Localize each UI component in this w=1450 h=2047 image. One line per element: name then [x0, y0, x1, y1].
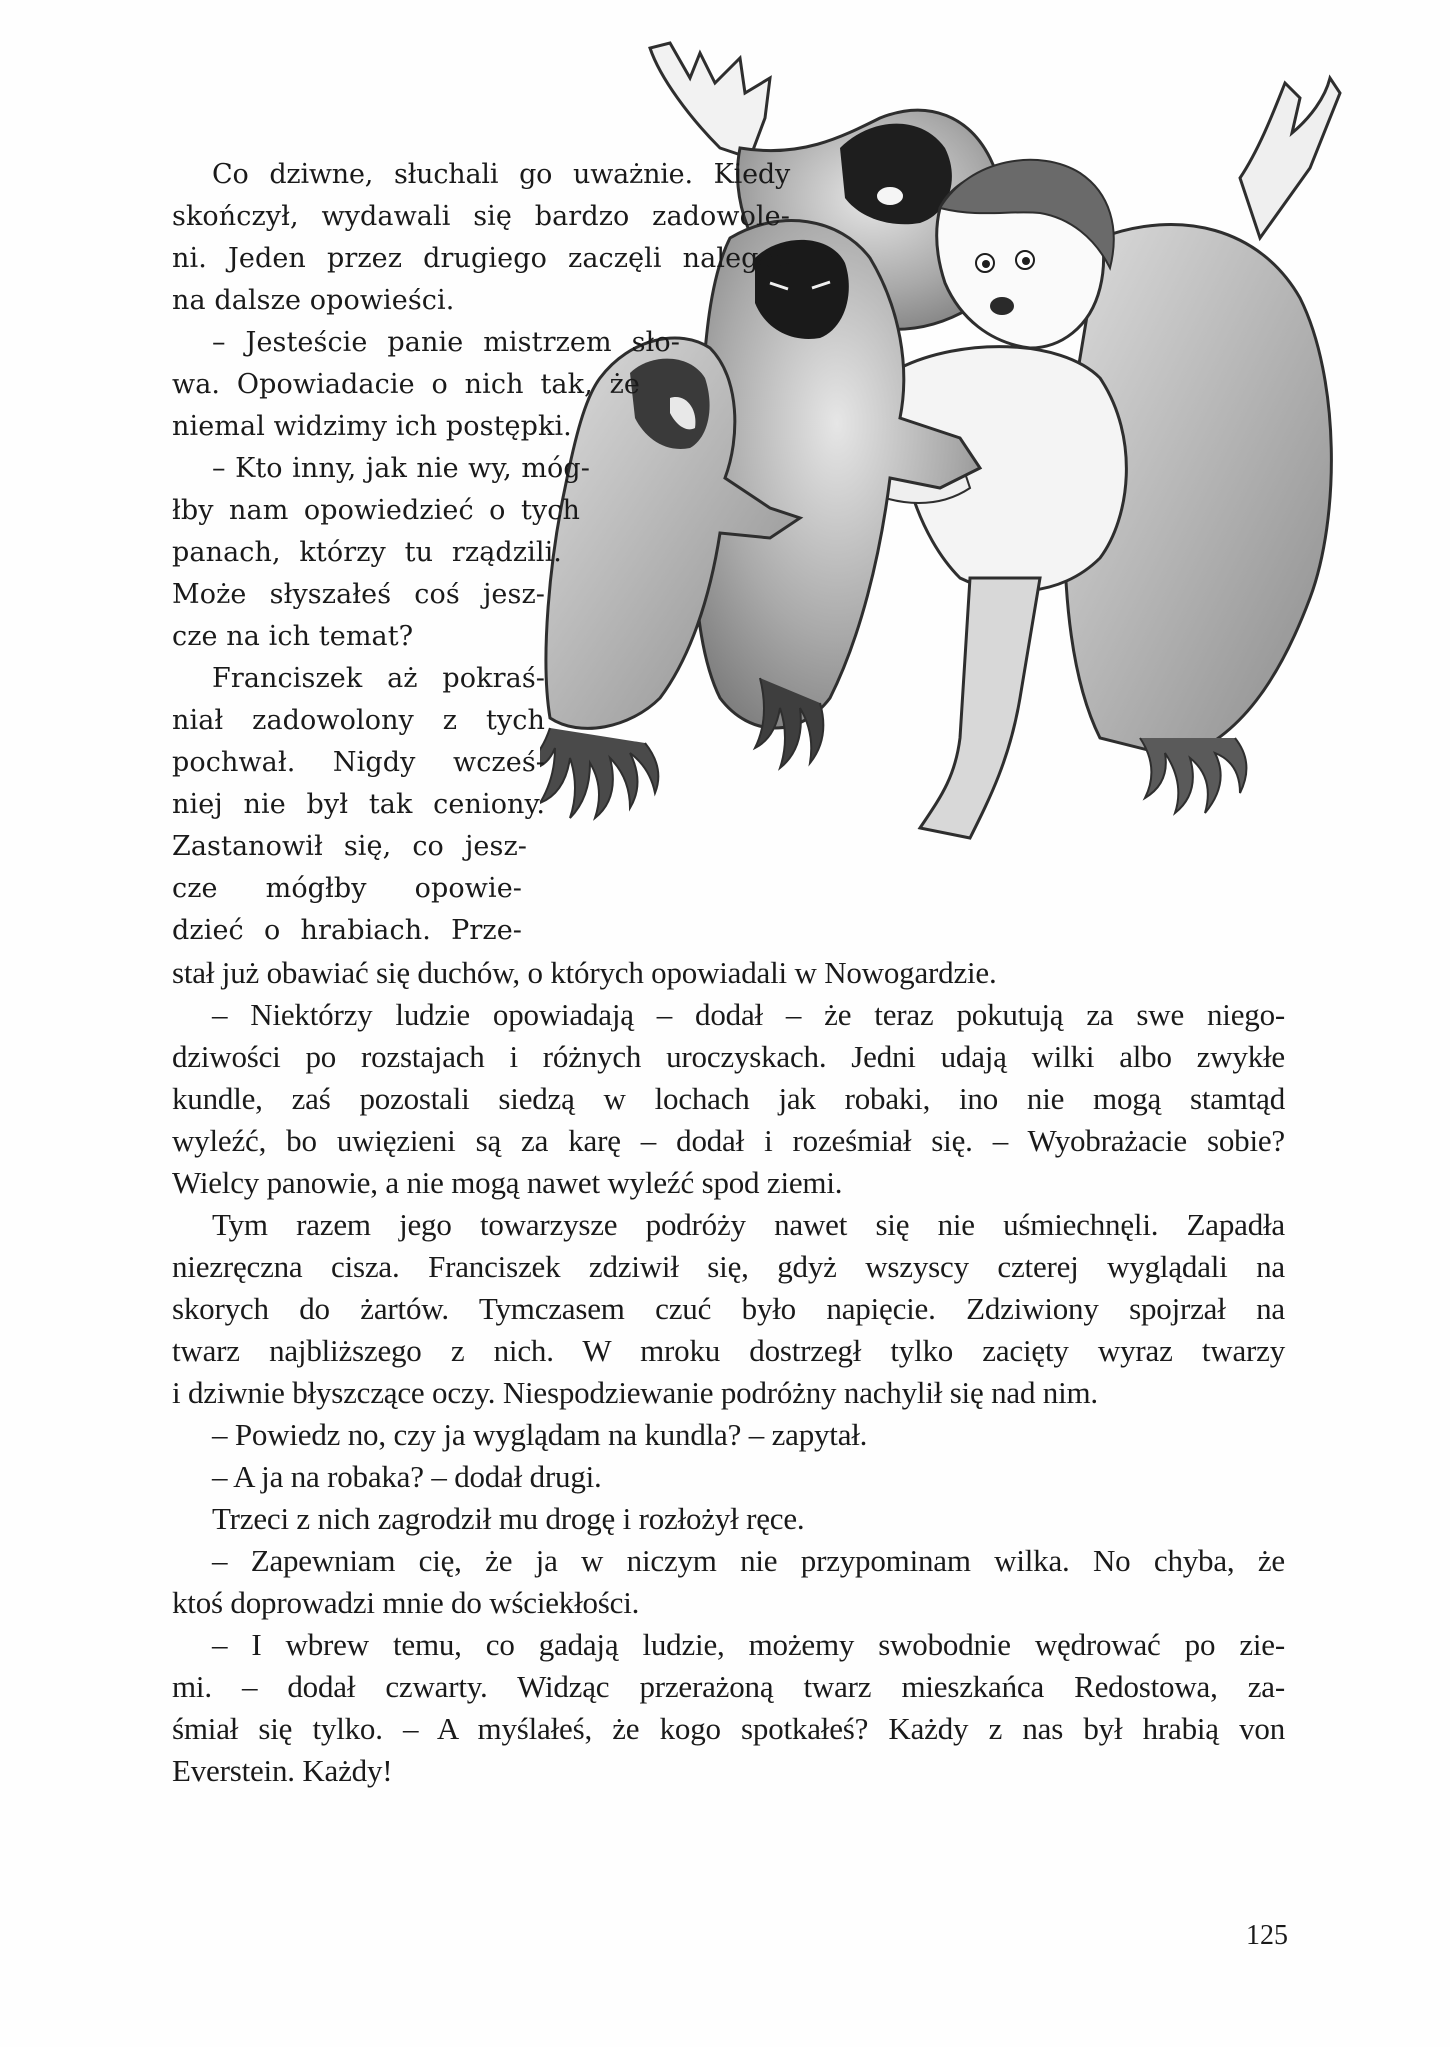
page-number: 125: [1246, 1920, 1288, 1952]
text-line: wa. Opowiadacie o nich tak, że: [172, 364, 640, 406]
text-line: cze na ich temat?: [172, 616, 545, 658]
text-line: Co dziwne, słuchali go uważnie. Kiedy: [172, 154, 790, 196]
text-line: niej nie był tak ceniony.: [172, 784, 545, 826]
text-line: skorych do żartów. Tymczasem czuć było n…: [172, 1288, 1285, 1330]
text-line: – Zapewniam cię, że ja w niczym nie przy…: [172, 1540, 1285, 1582]
text-line: Wielcy panowie, a nie mogą nawet wyleźć …: [172, 1162, 1285, 1204]
text-line: niezręczna cisza. Franciszek zdziwił się…: [172, 1246, 1285, 1288]
text-line: – Kto inny, jak nie wy, móg-: [172, 448, 590, 490]
text-line: panach, którzy tu rządzili.: [172, 532, 562, 574]
text-line: ktoś doprowadzi mnie do wściekłości.: [172, 1582, 1285, 1624]
text-line: na dalsze opowieści.: [172, 280, 790, 322]
text-line: kundle, zaś pozostali siedzą w lochach j…: [172, 1078, 1285, 1120]
text-line: pochwał. Nigdy wcześ-: [172, 742, 545, 784]
text-line: Trzeci z nich zagrodził mu drogę i rozło…: [172, 1498, 1285, 1540]
text-line: łby nam opowiedzieć o tych: [172, 490, 580, 532]
text-line: ni. Jeden przez drugiego zaczęli nalegać: [172, 238, 790, 280]
text-line: Tym razem jego towarzysze podróży nawet …: [172, 1204, 1285, 1246]
text-line: dziwości po rozstajach i różnych uroczys…: [172, 1036, 1285, 1078]
text-line: – Jesteście panie mistrzem sło-: [172, 322, 680, 364]
text-line: niał zadowolony z tych: [172, 700, 545, 742]
text-line: Może słyszałeś coś jesz-: [172, 574, 545, 616]
book-page: Co dziwne, słuchali go uważnie. Kiedy sk…: [0, 0, 1450, 2047]
text-line: skończył, wydawali się bardzo zadowole-: [172, 196, 790, 238]
text-line: niemal widzimy ich postępki.: [172, 406, 640, 448]
text-line: – Powiedz no, czy ja wyglądam na kundla?…: [172, 1414, 1285, 1456]
text-line: twarz najbliższego z nich. W mroku dostr…: [172, 1330, 1285, 1372]
text-line: mi. – dodał czwarty. Widząc przerażoną t…: [172, 1666, 1285, 1708]
text-line: dzieć o hrabiach. Prze-: [172, 910, 522, 952]
text-line: – Niektórzy ludzie opowiadają – dodał – …: [172, 994, 1285, 1036]
text-line: stał już obawiać się duchów, o których o…: [172, 952, 1285, 994]
text-line: i dziwnie błyszczące oczy. Niespodziewan…: [172, 1372, 1285, 1414]
text-line: Zastanowił się, co jesz-: [172, 826, 527, 868]
text-line: cze mógłby opowie-: [172, 868, 522, 910]
text-line: – I wbrew temu, co gadają ludzie, możemy…: [172, 1624, 1285, 1666]
text-line: – A ja na robaka? – dodał drugi.: [172, 1456, 1285, 1498]
text-line: Franciszek aż pokraś-: [172, 658, 545, 700]
text-line: wyleźć, bo uwięzieni są za karę – dodał …: [172, 1120, 1285, 1162]
text-line: Everstein. Każdy!: [172, 1750, 1285, 1792]
text-line: śmiał się tylko. – A myślałeś, że kogo s…: [172, 1708, 1285, 1750]
